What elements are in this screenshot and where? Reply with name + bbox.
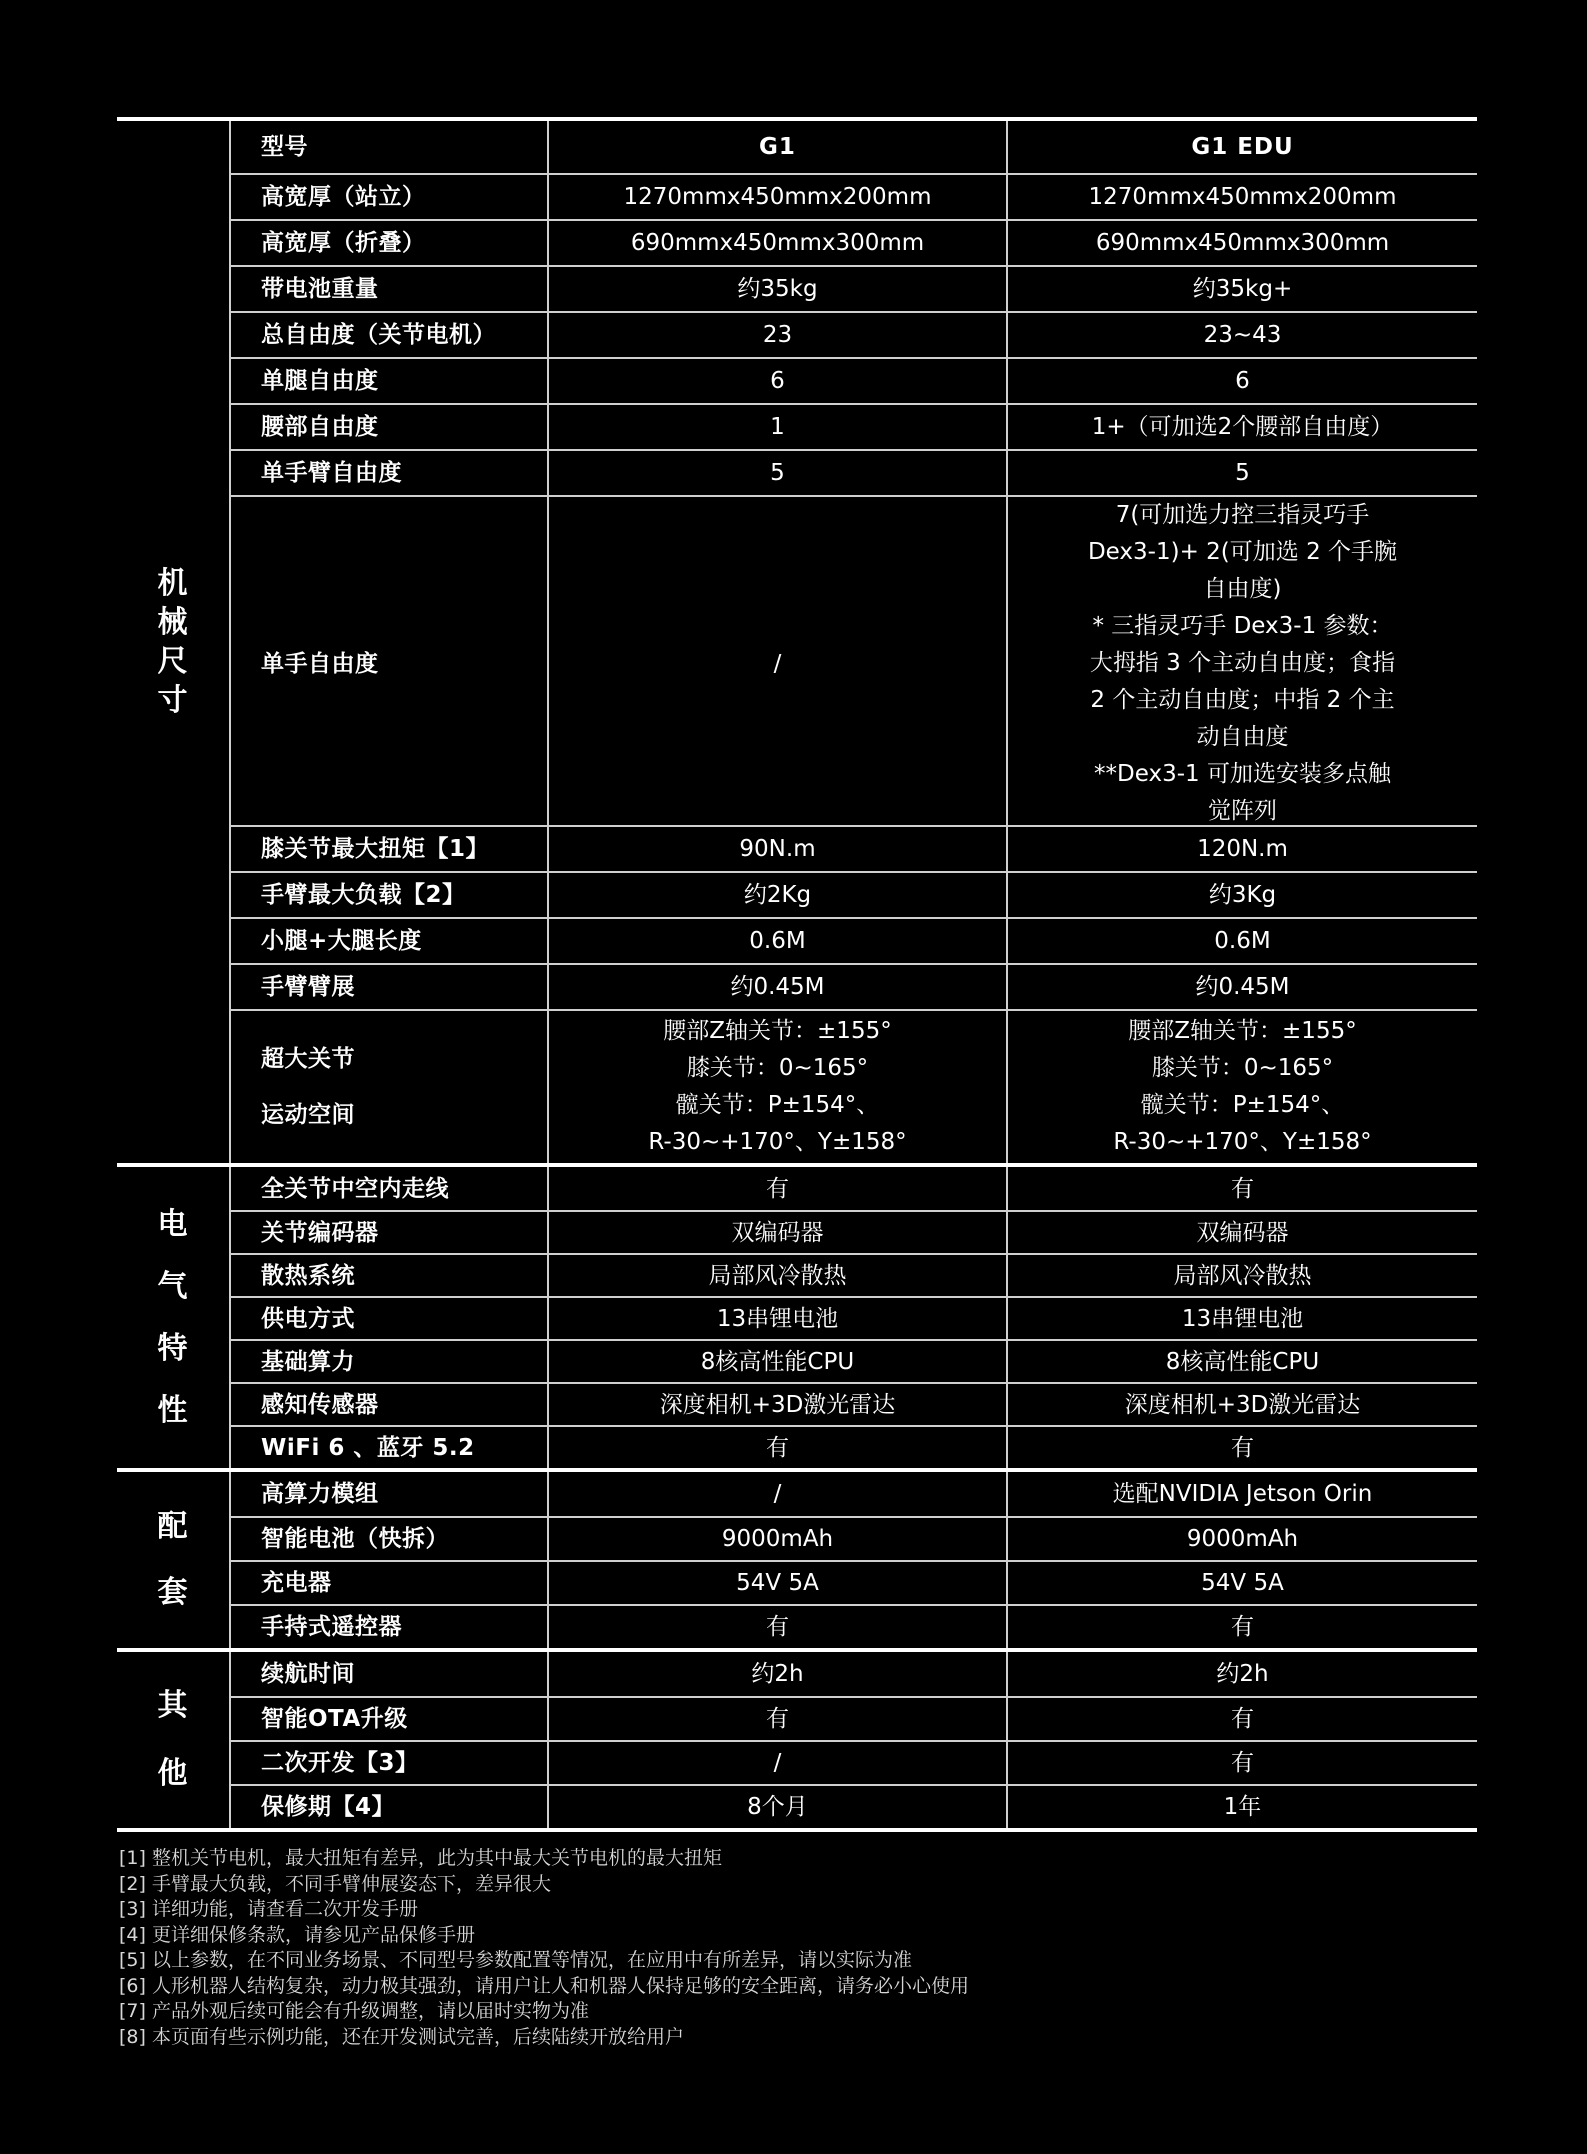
table-row: WiFi 6 、蓝牙 5.2有有 <box>231 1425 1477 1468</box>
table-row: 小腿+大腿长度0.6M0.6M <box>231 917 1477 963</box>
table-row: 保修期【4】8个月1年 <box>231 1784 1477 1828</box>
row-label: 散热系统 <box>231 1255 549 1296</box>
row-label: 单手自由度 <box>231 497 549 830</box>
table-row: 手持式遥控器有有 <box>231 1604 1477 1648</box>
footnote-3: [3] 详细功能，请查看二次开发手册 <box>119 1897 1539 1923</box>
row-label: 智能OTA升级 <box>231 1698 549 1740</box>
section-rows: 高算力模组/选配NVIDIA Jetson Orin智能电池（快拆）9000mA… <box>229 1472 1477 1648</box>
row-label: 全关节中空内走线 <box>231 1167 549 1210</box>
g1-value: 深度相机+3D激光雷达 <box>549 1384 1008 1425</box>
g1-edu-value: 有 <box>1008 1427 1477 1468</box>
footnote-7: [7] 产品外观后续可能会有升级调整，请以届时实物为准 <box>119 1999 1539 2025</box>
footnotes: [1] 整机关节电机，最大扭矩有差异，此为其中最大关节电机的最大扭矩 [2] 手… <box>119 1846 1539 2050</box>
section-mechanical-dimensions: 机 械 尺 寸 型号G1G1 EDU高宽厚（站立）1270mmx450mmx20… <box>117 121 1477 1163</box>
g1-edu-value: 7(可加选力控三指灵巧手 Dex3-1)+ 2(可加选 2 个手腕 自由度) *… <box>1008 497 1477 830</box>
table-row: 关节编码器双编码器双编码器 <box>231 1210 1477 1253</box>
g1-edu-value: 6 <box>1008 359 1477 403</box>
table-row: 腰部自由度11+（可加选2个腰部自由度） <box>231 403 1477 449</box>
row-label: 带电池重量 <box>231 267 549 311</box>
row-label: 智能电池（快拆） <box>231 1518 549 1560</box>
table-row: 供电方式13串锂电池13串锂电池 <box>231 1296 1477 1339</box>
table-row: 全关节中空内走线有有 <box>231 1167 1477 1210</box>
section-rows: 全关节中空内走线有有关节编码器双编码器双编码器散热系统局部风冷散热局部风冷散热供… <box>229 1167 1477 1468</box>
g1-value: 23 <box>549 313 1008 357</box>
row-label: 单腿自由度 <box>231 359 549 403</box>
footnote-6: [6] 人形机器人结构复杂，动力极其强劲，请用户让人和机器人保持足够的安全距离，… <box>119 1974 1539 2000</box>
g1-edu-value: 深度相机+3D激光雷达 <box>1008 1384 1477 1425</box>
section-label-cell: 电 气 特 性 <box>117 1167 229 1468</box>
table-row: 总自由度（关节电机）2323~43 <box>231 311 1477 357</box>
row-label: 型号 <box>231 121 549 173</box>
row-label: 供电方式 <box>231 1298 549 1339</box>
row-label: 充电器 <box>231 1562 549 1604</box>
g1-value: 有 <box>549 1167 1008 1210</box>
section-label-text: 电 气 特 性 <box>158 1194 189 1442</box>
section-rows: 续航时间约2h约2h智能OTA升级有有二次开发【3】/有保修期【4】8个月1年 <box>229 1652 1477 1828</box>
g1-edu-value: 有 <box>1008 1698 1477 1740</box>
g1-edu-value: 约2h <box>1008 1652 1477 1696</box>
g1-edu-value: 有 <box>1008 1167 1477 1210</box>
section-rows: 型号G1G1 EDU高宽厚（站立）1270mmx450mmx200mm1270m… <box>229 121 1477 1163</box>
g1-value: / <box>549 1472 1008 1516</box>
table-row: 续航时间约2h约2h <box>231 1652 1477 1696</box>
section-label-text: 配 套 <box>158 1494 189 1626</box>
g1-value: 13串锂电池 <box>549 1298 1008 1339</box>
footnote-4: [4] 更详细保修条款，请参见产品保修手册 <box>119 1923 1539 1949</box>
g1-value: 9000mAh <box>549 1518 1008 1560</box>
g1-value: 有 <box>549 1427 1008 1468</box>
row-label: 续航时间 <box>231 1652 549 1696</box>
table-row: 基础算力8核高性能CPU8核高性能CPU <box>231 1339 1477 1382</box>
row-label: 关节编码器 <box>231 1212 549 1253</box>
g1-value: 690mmx450mmx300mm <box>549 221 1008 265</box>
table-row: 超大关节 运动空间腰部Z轴关节：±155° 膝关节：0~165° 髋关节：P±1… <box>231 1009 1477 1163</box>
table-row: 二次开发【3】/有 <box>231 1740 1477 1784</box>
g1-edu-value: 局部风冷散热 <box>1008 1255 1477 1296</box>
g1-edu-value: 690mmx450mmx300mm <box>1008 221 1477 265</box>
row-label: 膝关节最大扭矩【1】 <box>231 827 549 871</box>
table-row: 带电池重量约35kg约35kg+ <box>231 265 1477 311</box>
row-label: 单手臂自由度 <box>231 451 549 495</box>
table-row: 单腿自由度66 <box>231 357 1477 403</box>
g1-value: 5 <box>549 451 1008 495</box>
g1-value: 54V 5A <box>549 1562 1008 1604</box>
g1-edu-value: 约0.45M <box>1008 965 1477 1009</box>
table-row: 智能电池（快拆）9000mAh9000mAh <box>231 1516 1477 1560</box>
table-row: 感知传感器深度相机+3D激光雷达深度相机+3D激光雷达 <box>231 1382 1477 1425</box>
row-label: 高宽厚（折叠） <box>231 221 549 265</box>
g1-edu-value: 1270mmx450mmx200mm <box>1008 175 1477 219</box>
footnote-8: [8] 本页面有些示例功能，还在开发测试完善，后续陆续开放给用户 <box>119 2025 1539 2051</box>
table-row: 高算力模组/选配NVIDIA Jetson Orin <box>231 1472 1477 1516</box>
g1-value: 约2Kg <box>549 873 1008 917</box>
g1-value: G1 <box>549 121 1008 173</box>
g1-value: 8核高性能CPU <box>549 1341 1008 1382</box>
g1-edu-value: G1 EDU <box>1008 121 1477 173</box>
section-accessories: 配 套 高算力模组/选配NVIDIA Jetson Orin智能电池（快拆）90… <box>117 1468 1477 1648</box>
row-label: 保修期【4】 <box>231 1786 549 1828</box>
table-row: 高宽厚（站立）1270mmx450mmx200mm1270mmx450mmx20… <box>231 173 1477 219</box>
g1-value: 腰部Z轴关节：±155° 膝关节：0~165° 髋关节：P±154°、 R-30… <box>549 1011 1008 1163</box>
table-row: 散热系统局部风冷散热局部风冷散热 <box>231 1253 1477 1296</box>
g1-edu-value: 腰部Z轴关节：±155° 膝关节：0~165° 髋关节：P±154°、 R-30… <box>1008 1011 1477 1163</box>
row-label: 感知传感器 <box>231 1384 549 1425</box>
g1-edu-value: 120N.m <box>1008 827 1477 871</box>
g1-value: / <box>549 1742 1008 1784</box>
g1-edu-value: 约3Kg <box>1008 873 1477 917</box>
table-row: 手臂最大负载【2】约2Kg约3Kg <box>231 871 1477 917</box>
table-row: 膝关节最大扭矩【1】90N.m120N.m <box>231 825 1477 871</box>
g1-edu-value: 有 <box>1008 1606 1477 1648</box>
section-label-cell: 配 套 <box>117 1472 229 1648</box>
row-label: 腰部自由度 <box>231 405 549 449</box>
g1-value: / <box>549 497 1008 830</box>
g1-value: 有 <box>549 1606 1008 1648</box>
g1-edu-value: 13串锂电池 <box>1008 1298 1477 1339</box>
section-other: 其 他 续航时间约2h约2h智能OTA升级有有二次开发【3】/有保修期【4】8个… <box>117 1648 1477 1828</box>
row-label: 二次开发【3】 <box>231 1742 549 1784</box>
section-label-text: 其 他 <box>158 1672 189 1808</box>
row-label: 总自由度（关节电机） <box>231 313 549 357</box>
table-row: 充电器54V 5A54V 5A <box>231 1560 1477 1604</box>
table-row: 型号G1G1 EDU <box>231 121 1477 173</box>
footnote-5: [5] 以上参数，在不同业务场景、不同型号参数配置等情况，在应用中有所差异，请以… <box>119 1948 1539 1974</box>
row-label: 高算力模组 <box>231 1472 549 1516</box>
g1-edu-value: 1+（可加选2个腰部自由度） <box>1008 405 1477 449</box>
spec-table: 机 械 尺 寸 型号G1G1 EDU高宽厚（站立）1270mmx450mmx20… <box>117 117 1477 1832</box>
g1-edu-value: 5 <box>1008 451 1477 495</box>
table-row: 单手臂自由度55 <box>231 449 1477 495</box>
section-electrical-characteristics: 电 气 特 性 全关节中空内走线有有关节编码器双编码器双编码器散热系统局部风冷散… <box>117 1163 1477 1468</box>
row-label: WiFi 6 、蓝牙 5.2 <box>231 1427 549 1468</box>
g1-edu-value: 有 <box>1008 1742 1477 1784</box>
g1-value: 局部风冷散热 <box>549 1255 1008 1296</box>
g1-value: 约2h <box>549 1652 1008 1696</box>
g1-value: 约0.45M <box>549 965 1008 1009</box>
g1-value: 双编码器 <box>549 1212 1008 1253</box>
section-label-cell: 其 他 <box>117 1652 229 1828</box>
g1-value: 约35kg <box>549 267 1008 311</box>
row-label: 手臂臂展 <box>231 965 549 1009</box>
row-label: 小腿+大腿长度 <box>231 919 549 963</box>
g1-edu-value: 8核高性能CPU <box>1008 1341 1477 1382</box>
g1-edu-value: 54V 5A <box>1008 1562 1477 1604</box>
g1-value: 8个月 <box>549 1786 1008 1828</box>
g1-edu-value: 23~43 <box>1008 313 1477 357</box>
row-label: 手臂最大负载【2】 <box>231 873 549 917</box>
g1-value: 0.6M <box>549 919 1008 963</box>
footnote-1: [1] 整机关节电机，最大扭矩有差异，此为其中最大关节电机的最大扭矩 <box>119 1846 1539 1872</box>
row-label: 手持式遥控器 <box>231 1606 549 1648</box>
table-row: 单手自由度/7(可加选力控三指灵巧手 Dex3-1)+ 2(可加选 2 个手腕 … <box>231 495 1477 825</box>
g1-edu-value: 约35kg+ <box>1008 267 1477 311</box>
g1-value: 6 <box>549 359 1008 403</box>
g1-edu-value: 1年 <box>1008 1786 1477 1828</box>
g1-edu-value: 双编码器 <box>1008 1212 1477 1253</box>
section-label-cell: 机 械 尺 寸 <box>117 121 229 1163</box>
g1-edu-value: 9000mAh <box>1008 1518 1477 1560</box>
row-label: 基础算力 <box>231 1341 549 1382</box>
g1-value: 1270mmx450mmx200mm <box>549 175 1008 219</box>
g1-edu-value: 0.6M <box>1008 919 1477 963</box>
row-label: 超大关节 运动空间 <box>231 1011 549 1163</box>
g1-value: 1 <box>549 405 1008 449</box>
table-row: 智能OTA升级有有 <box>231 1696 1477 1740</box>
g1-value: 有 <box>549 1698 1008 1740</box>
g1-value: 90N.m <box>549 827 1008 871</box>
table-row: 高宽厚（折叠）690mmx450mmx300mm690mmx450mmx300m… <box>231 219 1477 265</box>
table-row: 手臂臂展约0.45M约0.45M <box>231 963 1477 1009</box>
footnote-2: [2] 手臂最大负载，不同手臂伸展姿态下，差异很大 <box>119 1872 1539 1898</box>
row-label: 高宽厚（站立） <box>231 175 549 219</box>
section-label-text: 机 械 尺 寸 <box>158 564 189 720</box>
g1-edu-value: 选配NVIDIA Jetson Orin <box>1008 1472 1477 1516</box>
